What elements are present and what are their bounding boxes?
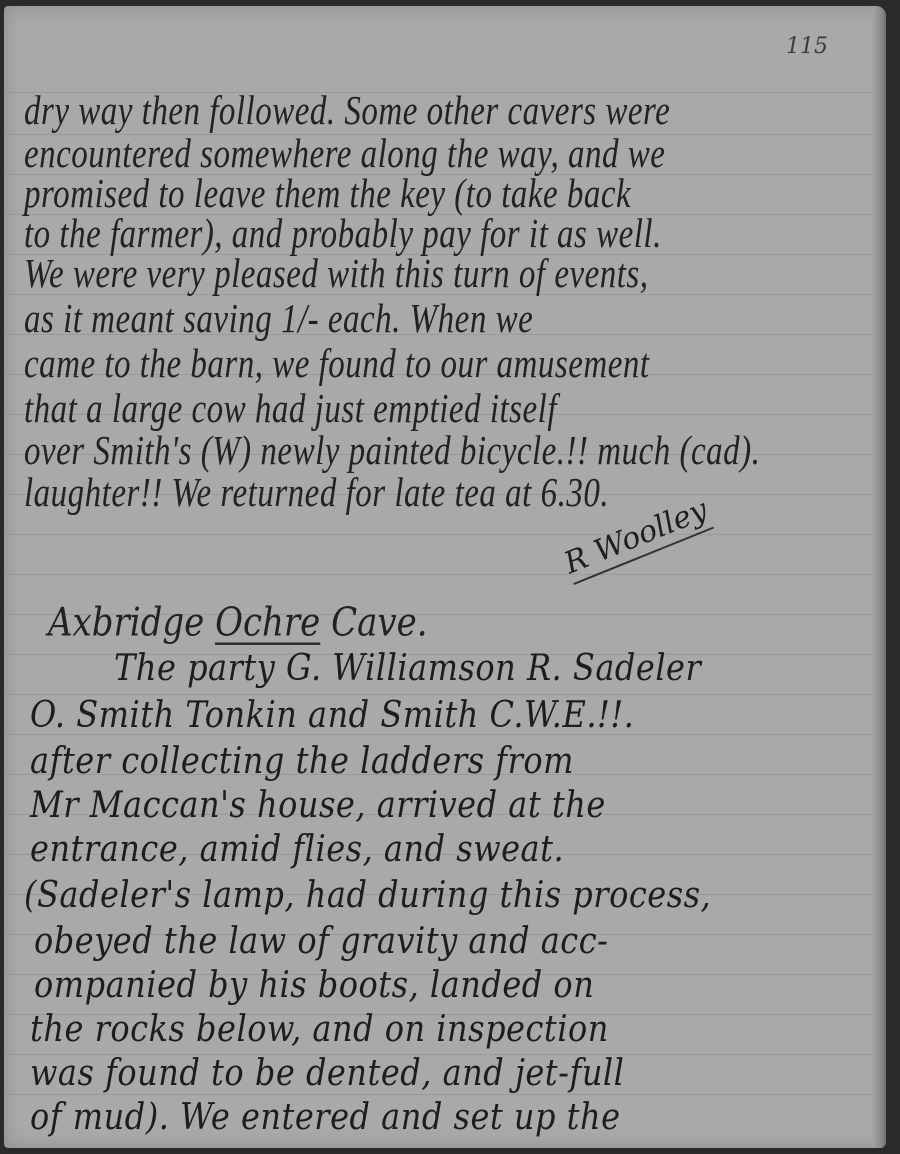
notebook-page: 115 dry way then followed. Some other ca… xyxy=(4,6,886,1148)
text-line: over Smith's (W) newly painted bicycle.!… xyxy=(24,429,760,475)
text-line: O. Smith Tonkin and Smith C.W.E.!!. xyxy=(30,692,634,736)
title-part: Axbridge xyxy=(48,600,215,646)
text-line: obeyed the law of gravity and acc- xyxy=(34,918,608,962)
title-part-underlined: Ochre xyxy=(215,600,320,646)
text-line: the rocks below, and on inspection xyxy=(30,1006,609,1050)
text-line: Mr Maccan's house, arrived at the xyxy=(30,782,606,826)
text-line: that a large cow had just emptied itself xyxy=(24,387,557,433)
ruled-line xyxy=(4,574,872,575)
text-line: entrance, amid flies, and sweat. xyxy=(30,826,564,870)
text-line: of mud). We entered and set up the xyxy=(30,1094,621,1138)
text-line: came to the barn, we found to our amusem… xyxy=(24,342,650,388)
page-number: 115 xyxy=(786,34,828,59)
text-line: after collecting the ladders from xyxy=(30,738,574,782)
text-line: ompanied by his boots, landed on xyxy=(34,962,594,1006)
text-line: was found to be dented, and jet-full xyxy=(30,1050,624,1094)
text-line: laughter!! We returned for late tea at 6… xyxy=(24,471,609,517)
text-line: (Sadeler's lamp, had during this process… xyxy=(24,872,711,916)
ruled-line xyxy=(4,534,872,535)
text-line: dry way then followed. Some other cavers… xyxy=(24,89,670,135)
entry-title: Axbridge Ochre Cave. xyxy=(48,600,428,646)
title-part: Cave. xyxy=(320,600,427,646)
text-line: as it meant saving 1/- each. When we xyxy=(24,297,533,343)
text-line: We were very pleased with this turn of e… xyxy=(24,252,649,298)
text-line: The party G. Williamson R. Sadeler xyxy=(114,645,701,689)
